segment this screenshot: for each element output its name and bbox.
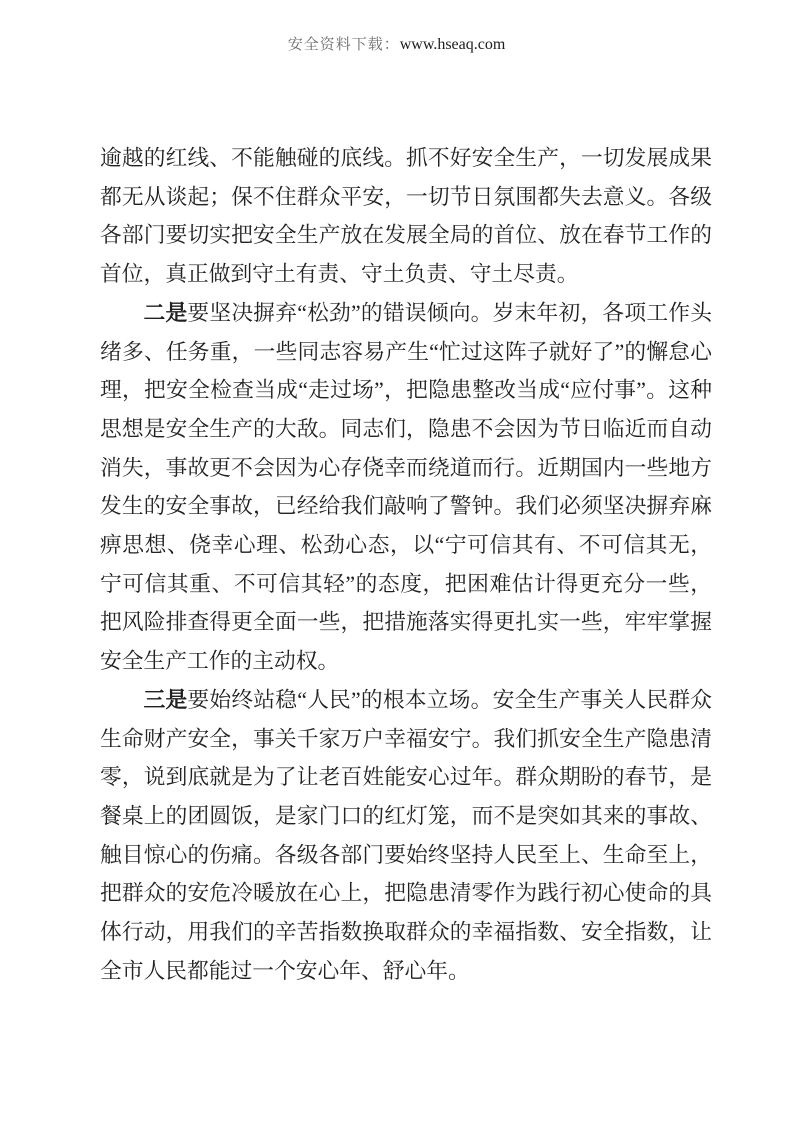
paragraph-third-point-lead: 三是 — [144, 688, 188, 712]
paragraph-second-point-text: 要坚决摒弃“松劲”的错误倾向。岁末年初，各项工作头绪多、任务重，一些同志容易产生… — [100, 301, 712, 673]
header-site-label: 安全资料下载： — [288, 37, 400, 53]
header-site-url: www.hseaq.com — [400, 36, 506, 53]
page-header: 安全资料下载：www.hseaq.com — [0, 33, 793, 54]
paragraph-continuation-text: 逾越的红线、不能触碰的底线。抓不好安全生产，一切发展成果都无从谈起；保不住群众平… — [100, 146, 712, 286]
paragraph-third-point-text: 要始终站稳“人民”的根本立场。安全生产事关人民群众生命财产安全，事关千家万户幸福… — [100, 688, 712, 983]
paragraph-second-point-lead: 二是 — [144, 301, 188, 325]
document-page: 安全资料下载：www.hseaq.com 逾越的红线、不能触碰的底线。抓不好安全… — [0, 0, 793, 1122]
paragraph-continuation: 逾越的红线、不能触碰的底线。抓不好安全生产，一切发展成果都无从谈起；保不住群众平… — [100, 139, 712, 294]
paragraph-third-point: 三是要始终站稳“人民”的根本立场。安全生产事关人民群众生命财产安全，事关千家万户… — [100, 681, 712, 991]
paragraph-second-point: 二是要坚决摒弃“松劲”的错误倾向。岁末年初，各项工作头绪多、任务重，一些同志容易… — [100, 294, 712, 681]
document-body: 逾越的红线、不能触碰的底线。抓不好安全生产，一切发展成果都无从谈起；保不住群众平… — [100, 139, 712, 990]
